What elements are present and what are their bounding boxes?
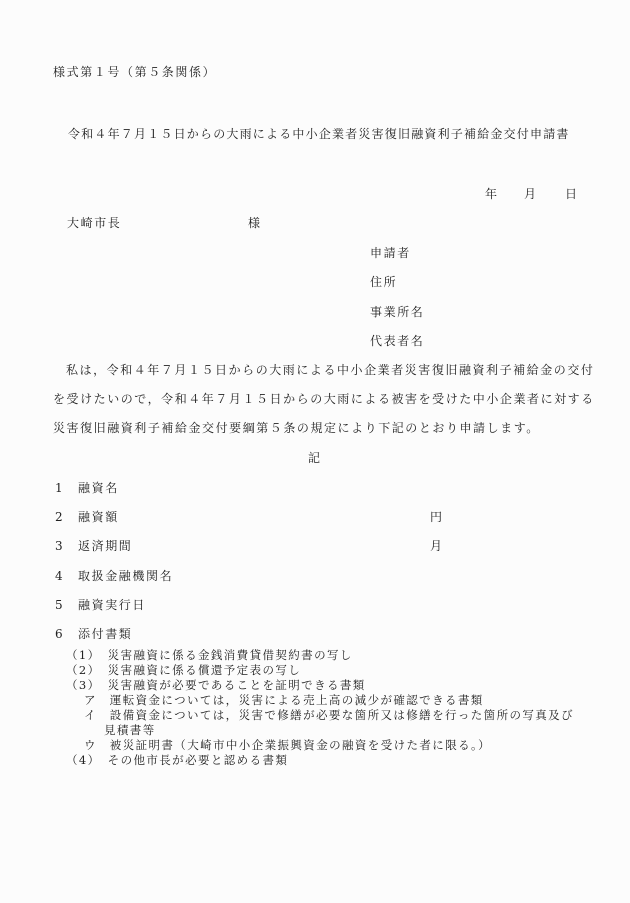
addressee-name: 大崎市長: [67, 215, 121, 231]
applicant-address-label: 住所: [370, 274, 397, 290]
item-label: 融資名: [78, 480, 119, 496]
date-day-label: 日: [565, 186, 577, 202]
attachment-2: （2） 災害融資に係る償還予定表の写し: [66, 663, 301, 678]
item-unit: 月: [430, 538, 442, 554]
ki-heading: 記: [308, 450, 320, 466]
applicant-heading: 申請者: [370, 245, 411, 261]
addressee-honorific: 様: [248, 215, 260, 231]
attachment-1: （1） 災害融資に係る金銭消費貸借契約書の写し: [66, 648, 353, 663]
attachment-3-a: ア 運転資金については，災害による売上高の減少が確認できる書類: [84, 693, 484, 708]
item-label: 融資実行日: [78, 597, 146, 613]
applicant-representative-label: 代表者名: [370, 333, 424, 349]
document-title: 令和４年７月１５日からの大雨による中小企業者災害復旧融資利子補給金交付申請書: [68, 126, 570, 142]
item-label: 取扱金融機関名: [78, 568, 173, 584]
attachment-4: （4） その他市長が必要と認める書類: [66, 753, 288, 768]
item-number: 3: [55, 538, 63, 554]
attachment-3: （3） 災害融資が必要であることを証明できる書類: [66, 678, 366, 693]
item-unit: 円: [430, 509, 442, 525]
date-month-label: 月: [524, 186, 536, 202]
body-line-1: 私は，令和４年７月１５日からの大雨による中小企業者災害復旧融資利子補給金の交付: [66, 362, 594, 378]
item-label: 返済期間: [78, 538, 132, 554]
date-year-label: 年: [485, 186, 497, 202]
attachment-3-u: ウ 被災証明書（大崎市中小企業振興資金の融資を受けた者に限る。）: [84, 738, 491, 753]
item-number: 1: [55, 480, 63, 496]
item-number: 5: [55, 597, 63, 613]
item-number: 4: [55, 568, 63, 584]
body-line-2: を受けたいので，令和４年７月１５日からの大雨による被害を受けた中小企業者に対する: [53, 391, 595, 407]
item-number: 2: [55, 509, 63, 525]
item-label: 添付書類: [78, 626, 132, 642]
item-label: 融資額: [78, 509, 119, 525]
body-line-3: 災害復旧融資利子補給金交付要綱第５条の規定により下記のとおり申請します。: [53, 420, 540, 436]
attachment-3-i: イ 設備資金については，災害で修繕が必要な箇所又は修繕を行った箇所の写真及び: [84, 708, 574, 723]
applicant-business-name-label: 事業所名: [370, 304, 424, 320]
item-number: 6: [55, 626, 63, 642]
form-number: 様式第１号（第５条関係）: [53, 64, 216, 80]
attachment-3-i-continued: 見積書等: [104, 723, 156, 738]
